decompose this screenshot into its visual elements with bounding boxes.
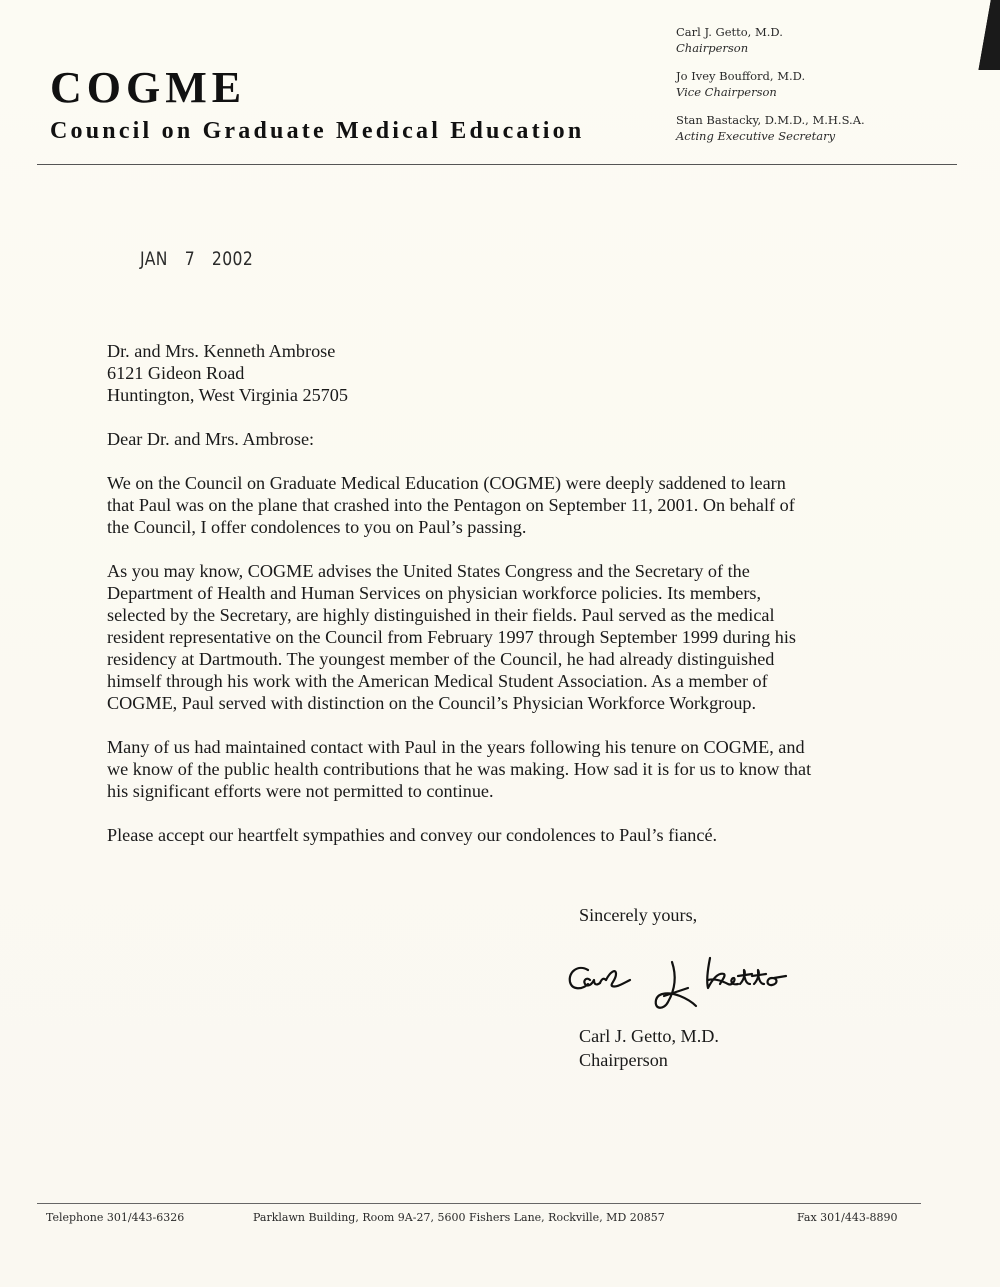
officer-name: Carl J. Getto, M.D.	[676, 25, 865, 41]
signer-title: Chairperson	[579, 1048, 719, 1072]
officer-title: Chairperson	[676, 41, 865, 57]
officer-name: Jo Ivey Boufford, M.D.	[676, 69, 865, 85]
footer-telephone: Telephone 301/443-6326	[46, 1211, 184, 1224]
officer-list: Carl J. Getto, M.D. Chairperson Jo Ivey …	[676, 25, 865, 157]
officer-name: Stan Bastacky, D.M.D., M.H.S.A.	[676, 113, 865, 129]
recipient-address: Dr. and Mrs. Kenneth Ambrose 6121 Gideon…	[107, 340, 897, 406]
salutation: Dear Dr. and Mrs. Ambrose:	[107, 428, 897, 450]
footer-divider	[37, 1203, 921, 1204]
signer-block: Carl J. Getto, M.D. Chairperson	[579, 1024, 719, 1072]
recipient-name: Dr. and Mrs. Kenneth Ambrose	[107, 340, 897, 362]
page-corner-fold	[976, 0, 1000, 70]
letter-page: COGME Council on Graduate Medical Educat…	[0, 0, 1000, 1287]
letter-body: Dr. and Mrs. Kenneth Ambrose 6121 Gideon…	[107, 340, 897, 846]
officer-vice-chairperson: Jo Ivey Boufford, M.D. Vice Chairperson	[676, 69, 865, 100]
recipient-street: 6121 Gideon Road	[107, 362, 897, 384]
signature-icon	[560, 950, 820, 1022]
paragraph: Please accept our heartfelt sympathies a…	[107, 824, 897, 846]
footer-fax: Fax 301/443-8890	[797, 1211, 898, 1224]
paragraph: We on the Council on Graduate Medical Ed…	[107, 472, 897, 538]
signer-name: Carl J. Getto, M.D.	[579, 1024, 719, 1048]
letterhead-full-name: Council on Graduate Medical Education	[50, 119, 584, 143]
closing: Sincerely yours,	[579, 904, 697, 926]
letterhead-divider	[37, 164, 957, 165]
officer-chairperson: Carl J. Getto, M.D. Chairperson	[676, 25, 865, 56]
paragraph: As you may know, COGME advises the Unite…	[107, 560, 897, 714]
officer-executive-secretary: Stan Bastacky, D.M.D., M.H.S.A. Acting E…	[676, 113, 865, 144]
letterhead-acronym: COGME	[50, 66, 246, 110]
date-stamp: JAN 7 2002	[140, 248, 253, 270]
officer-title: Vice Chairperson	[676, 85, 865, 101]
paragraph: Many of us had maintained contact with P…	[107, 736, 897, 802]
officer-title: Acting Executive Secretary	[676, 129, 865, 145]
footer-address: Parklawn Building, Room 9A-27, 5600 Fish…	[253, 1211, 665, 1224]
recipient-city-state-zip: Huntington, West Virginia 25705	[107, 384, 897, 406]
